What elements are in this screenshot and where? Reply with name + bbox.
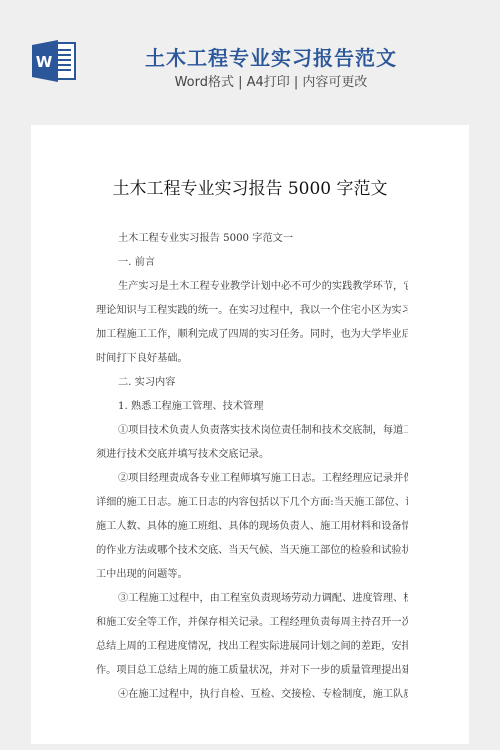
document-line: 二. 实习内容 [96, 371, 408, 395]
document-page: 土木工程专业实习报告 5000 字范文 土木工程专业实习报告 5000 字范文一… [31, 125, 469, 744]
header-title: 土木工程专业实习报告范文 [0, 45, 500, 71]
document-line: 土木工程专业实习报告 5000 字范文一 [96, 227, 408, 251]
header-subtitle: Word格式 | A4打印 | 内容可更改 [0, 74, 500, 92]
document-line: 一. 前言 [96, 251, 408, 275]
document-line: ②项目经理责成各专业工程师填写施工日志。工程经理应记录并保存一份 [96, 467, 408, 491]
document-line: 的作业方法或哪个技术交底、当天气候、当天施工部位的检验和试验状态以及施 [96, 539, 408, 563]
document-line: 和施工安全等工作，并保存相关记录。工程经理负责每周主持召开一次工程例会， [96, 611, 408, 635]
document-line: 1. 熟悉工程施工管理、技术管理 [96, 395, 408, 419]
document-line: 加工程施工工作，顺利完成了四周的实习任务。同时，也为大学毕业后从事工程 [96, 323, 408, 347]
document-line: ③工程施工过程中，由工程室负责现场劳动力调配、进度管理、机械使用 [96, 587, 408, 611]
document-title: 土木工程专业实习报告 5000 字范文 [31, 177, 469, 201]
document-line: 工中出现的问题等。 [96, 563, 408, 587]
document-line: 施工人数、具体的施工班组、具体的现场负责人、施工用材料和设备情况、依据 [96, 515, 408, 539]
document-line: 时间打下良好基础。 [96, 347, 408, 371]
document-line: 须进行技术交底并填写技术交底记录。 [96, 443, 408, 467]
document-line: 理论知识与工程实践的统一。在实习过程中，我以一个住宅小区为实习场所，参 [96, 299, 408, 323]
document-line: 详细的施工日志。施工日志的内容包括以下几个方面:当天施工部位、该部位的 [96, 491, 408, 515]
document-line: 生产实习是土木工程专业教学计划中必不可少的实践教学环节，它是所学 [96, 275, 408, 299]
document-line: 作。项目总工总结上周的施工质量状况，并对下一步的质量管理提出建议和要求。 [96, 659, 408, 683]
document-line: ④在施工过程中，执行自检、互检、交接检、专检制度，施工队质检员对 [96, 683, 408, 707]
document-line: 总结上周的工程进度情况，找出工程实际进展同计划之间的差距，安排本周的工 [96, 635, 408, 659]
document-line: ①项目技术负责人负责落实技术岗位责任制和技术交底制，每道工序前必 [96, 419, 408, 443]
header-banner: W 土木工程专业实习报告范文 Word格式 | A4打印 | 内容可更改 [0, 0, 500, 125]
document-body: 土木工程专业实习报告 5000 字范文一一. 前言生产实习是土木工程专业教学计划… [96, 227, 408, 707]
